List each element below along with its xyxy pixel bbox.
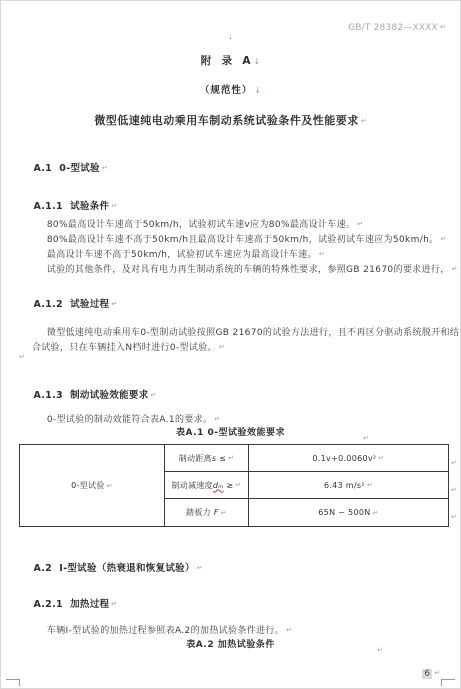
heading-a12-text: A.1.2 试验过程 [33, 299, 109, 310]
heading-a2: A.2 I-型试验（热衰退和恢复试验）↵ [19, 549, 203, 585]
row-end-mark: ↵ [451, 505, 457, 524]
table-a1-group-cell: 0-型试验↵ [20, 445, 165, 526]
document-page: GB/T 28382—XXXX↵ . 附 录 A↓ （规范性）↓ 微型低速纯电动… [0, 0, 461, 689]
document-title-text: 微型低速纯电动乘用车制动系统试验条件及性能要求 [94, 114, 359, 127]
paragraph-mark: ↵ [219, 343, 225, 351]
row-label-prefix: 踏板力 [186, 507, 214, 518]
paragraph-line: 试验的其他条件，及对具有电力再生制动系统的车辆的特殊性要求，参照GB 21670… [34, 252, 458, 285]
paragraph-mark: ↵ [434, 669, 440, 677]
table-a1-row3-label: 踏板力 F↵ [165, 499, 249, 526]
row-relation: ≥ [224, 481, 234, 490]
paragraph-mark: ↵ [451, 486, 457, 494]
paragraph-mark: ↵ [151, 391, 157, 399]
paragraph-mark: ↵ [440, 23, 446, 31]
group-label: 0-型试验 [71, 480, 104, 491]
paragraph-mark: ↵ [197, 564, 203, 572]
stray-dot-paragraph: . [1, 32, 460, 42]
paragraph-mark: ↵ [111, 300, 117, 308]
performance-intro-line: 0-型试验的制动效能符合表A.1的要求。 [47, 415, 213, 425]
paragraph-mark: ↵ [363, 434, 369, 442]
heading-a2-text: A.2 I-型试验（热衰退和恢复试验） [33, 563, 194, 574]
table-a1-row2-label: 制动减速度dₘ ≥↵ [165, 472, 249, 499]
heating-intro-line: 车辆I-型试验的加热过程参照表A.2的加热试验条件进行。 [47, 626, 284, 636]
row-relation: ≤ [216, 454, 226, 463]
line-break-mark: ↓ [254, 57, 261, 66]
empty-paragraph: ↵ [19, 345, 25, 364]
row-end-mark: ↵ [451, 478, 457, 497]
stray-dot: . [229, 32, 232, 42]
paragraph-mark: ↵ [214, 415, 220, 423]
paragraph-mark: ↵ [451, 513, 457, 521]
procedure-line-2: 合试验，只在车辆挂入N档时进行0-型试验。 [32, 343, 217, 353]
table-a1-row1-value: 0.1v+0.0060v²↵ [249, 445, 448, 472]
row-variable-spellchecked: dₘ [213, 481, 224, 490]
table-a1: 0-型试验↵ 制动距离s ≤↵ 0.1v+0.0060v²↵ 制动减速度dₘ ≥… [19, 444, 449, 527]
row-label-prefix: 制动减速度 [171, 480, 213, 491]
paragraph-mark: ↵ [452, 265, 458, 273]
cell-end-mark: ↵ [221, 509, 227, 517]
cell-end-mark: ↵ [378, 454, 384, 462]
condition-line-4: 试验的其他条件，及对具有电力再生制动系统的车辆的特殊性要求，参照GB 21670… [47, 265, 450, 275]
cell-end-mark: ↵ [107, 482, 113, 490]
caption-paragraph-mark: ↵ [363, 426, 369, 445]
row-value: 0.1v+0.0060v² [312, 454, 376, 463]
paragraph-mark: ↵ [451, 459, 457, 467]
appendix-title: 附 录 A↓ [1, 49, 460, 68]
page-number-field: 6 [422, 669, 432, 679]
table-a1-row3-value: 65N ~ 500N↵ [249, 499, 448, 526]
text-boundary-corner-left [6, 679, 20, 686]
caption-paragraph-mark: ↵ [377, 638, 383, 657]
heading-a13-text: A.1.3 制动试验效能要求 [33, 390, 148, 401]
table-a2-caption: 表A.2 加热试验条件 [1, 637, 460, 650]
paragraph-line: 合试验，只在车辆挂入N档时进行0-型试验。↵ [19, 330, 225, 363]
paragraph-mark: ↵ [377, 646, 383, 654]
heading-a1: A.1 0-型试验↵ [19, 149, 108, 185]
paragraph-mark: ↵ [441, 235, 447, 243]
normative-title: （规范性）↓ [1, 78, 460, 97]
table-a1-row1-label: 制动距离s ≤↵ [165, 445, 249, 472]
table-a1-caption: 表A.1 0-型试验效能要求 [1, 425, 460, 438]
paragraph-mark: ↵ [361, 117, 367, 125]
row-variable: F [214, 508, 219, 517]
text-boundary-corner-right [441, 679, 455, 686]
paragraph-mark: ↵ [19, 353, 25, 361]
cell-end-mark: ↵ [373, 509, 379, 517]
cell-end-mark: ↵ [235, 481, 241, 489]
page-number: 6↵ [422, 661, 440, 680]
row-value: 6.43 m/s² [324, 481, 365, 490]
table-a1-row2-value: 6.43 m/s²↵ [249, 472, 448, 499]
line-break-mark: ↓ [254, 86, 261, 95]
heading-a21-text: A.2.1 加热过程 [33, 599, 109, 610]
row-end-mark: ↵ [451, 451, 457, 470]
row-value: 65N ~ 500N [318, 508, 370, 517]
table-a1-caption-text: 表A.1 0-型试验效能要求 [176, 428, 285, 438]
table-a2-caption-text: 表A.2 加热试验条件 [186, 640, 274, 650]
paragraph-mark: ↵ [111, 600, 117, 608]
appendix-label: 附 录 A [201, 55, 252, 67]
row-label-prefix: 制动距离 [179, 453, 212, 464]
heading-a1-text: A.1 0-型试验 [33, 163, 99, 174]
document-title: 微型低速纯电动乘用车制动系统试验条件及性能要求↵ [1, 109, 460, 128]
paragraph-mark: ↵ [286, 626, 292, 634]
normative-label: （规范性） [200, 85, 253, 96]
cell-end-mark: ↵ [228, 454, 234, 462]
paragraph-mark: ↵ [102, 164, 108, 172]
cell-end-mark: ↵ [367, 481, 373, 489]
